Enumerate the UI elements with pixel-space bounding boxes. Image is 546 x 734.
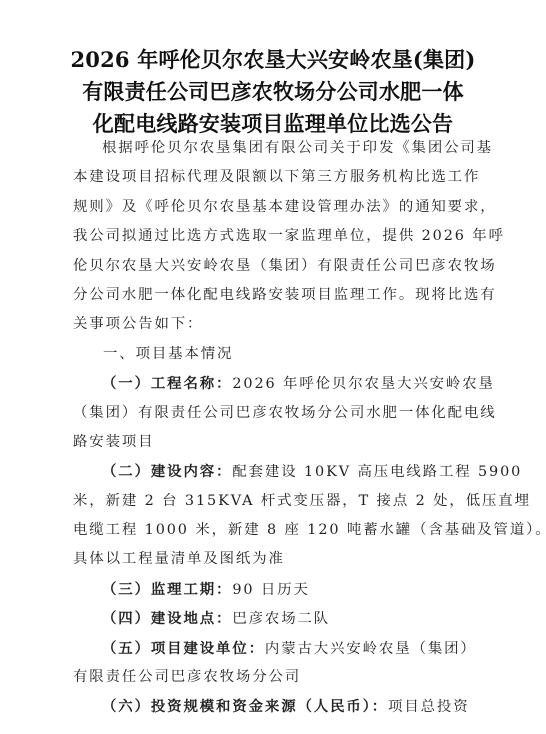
item-1-label: （一）工程名称： xyxy=(102,375,232,392)
item-5-line-2: 有限责任公司巴彦农牧场分公司 xyxy=(73,663,473,692)
item-5-text: 内蒙古大兴安岭农垦（集团） xyxy=(265,641,477,657)
item-6-text: 项目总投资 xyxy=(388,699,469,715)
item-2-line-4: 具体以工程量清单及图纸为准 xyxy=(73,545,473,574)
item-5-line-1: （五）项目建设单位：内蒙古大兴安岭农垦（集团） xyxy=(73,634,473,663)
item-5-label: （五）项目建设单位： xyxy=(102,640,265,657)
intro-line-5: 伦贝尔农垦大兴安岭农垦（集团）有限责任公司巴彦农牧场 xyxy=(73,252,473,281)
item-1-line-2: （集团）有限责任公司巴彦农牧场分公司水肥一体化配电线 xyxy=(73,399,473,428)
item-1-line-1: （一）工程名称：2026 年呼伦贝尔农垦大兴安岭农垦 xyxy=(73,369,473,398)
document-body: 根据呼伦贝尔农垦集团有限公司关于印发《集团公司基 本建设项目招标代理及限额以下第… xyxy=(73,134,473,722)
item-6-line: （六）投资规模和资金来源（人民币）：项目总投资 xyxy=(73,692,473,721)
intro-line-3: 规则》及《呼伦贝尔农垦基本建设管理办法》的通知要求， xyxy=(73,193,473,222)
item-2-label: （二）建设内容： xyxy=(102,463,232,480)
item-1-text: 2026 年呼伦贝尔农垦大兴安岭农垦 xyxy=(232,376,494,392)
item-2-text: 配套建设 10KV 高压电线路工程 5900 xyxy=(232,464,522,480)
intro-line-4: 我公司拟通过比选方式选取一家监理单位，提供 2026 年呼 xyxy=(73,222,473,251)
intro-line-7: 关事项公告如下： xyxy=(73,310,473,339)
item-1-line-3: 路安装项目 xyxy=(73,428,473,457)
item-3-label: （三）监理工期： xyxy=(102,581,232,598)
item-4-line: （四）建设地点：巴彦农场二队 xyxy=(73,604,473,633)
title-line-1: 2026 年呼伦贝尔农垦大兴安岭农垦(集团) xyxy=(60,44,486,76)
item-6-label: （六）投资规模和资金来源（人民币）： xyxy=(102,698,388,715)
item-3-text: 90 日历天 xyxy=(232,582,309,598)
document-title: 2026 年呼伦贝尔农垦大兴安岭农垦(集团) 有限责任公司巴彦农牧场分公司水肥一… xyxy=(60,44,486,140)
item-4-label: （四）建设地点： xyxy=(102,610,232,627)
item-3-line: （三）监理工期：90 日历天 xyxy=(73,575,473,604)
section-1-heading: 一、项目基本情况 xyxy=(73,340,473,369)
intro-line-1: 根据呼伦贝尔农垦集团有限公司关于印发《集团公司基 xyxy=(73,134,473,163)
item-2-line-1: （二）建设内容：配套建设 10KV 高压电线路工程 5900 xyxy=(73,457,473,486)
intro-line-6: 分公司水肥一体化配电线路安装项目监理工作。现将比选有 xyxy=(73,281,473,310)
title-line-2: 有限责任公司巴彦农牧场分公司水肥一体 xyxy=(60,76,486,108)
item-2-line-3: 电缆工程 1000 米，新建 8 座 120 吨蓄水罐（含基础及管道）。 xyxy=(73,516,473,545)
item-4-text: 巴彦农场二队 xyxy=(232,611,330,627)
document-page: 2026 年呼伦贝尔农垦大兴安岭农垦(集团) 有限责任公司巴彦农牧场分公司水肥一… xyxy=(0,0,546,734)
intro-line-2: 本建设项目招标代理及限额以下第三方服务机构比选工作 xyxy=(73,163,473,192)
item-2-line-2: 米，新建 2 台 315KVA 杆式变压器，T 接点 2 处，低压直埋 xyxy=(73,487,473,516)
